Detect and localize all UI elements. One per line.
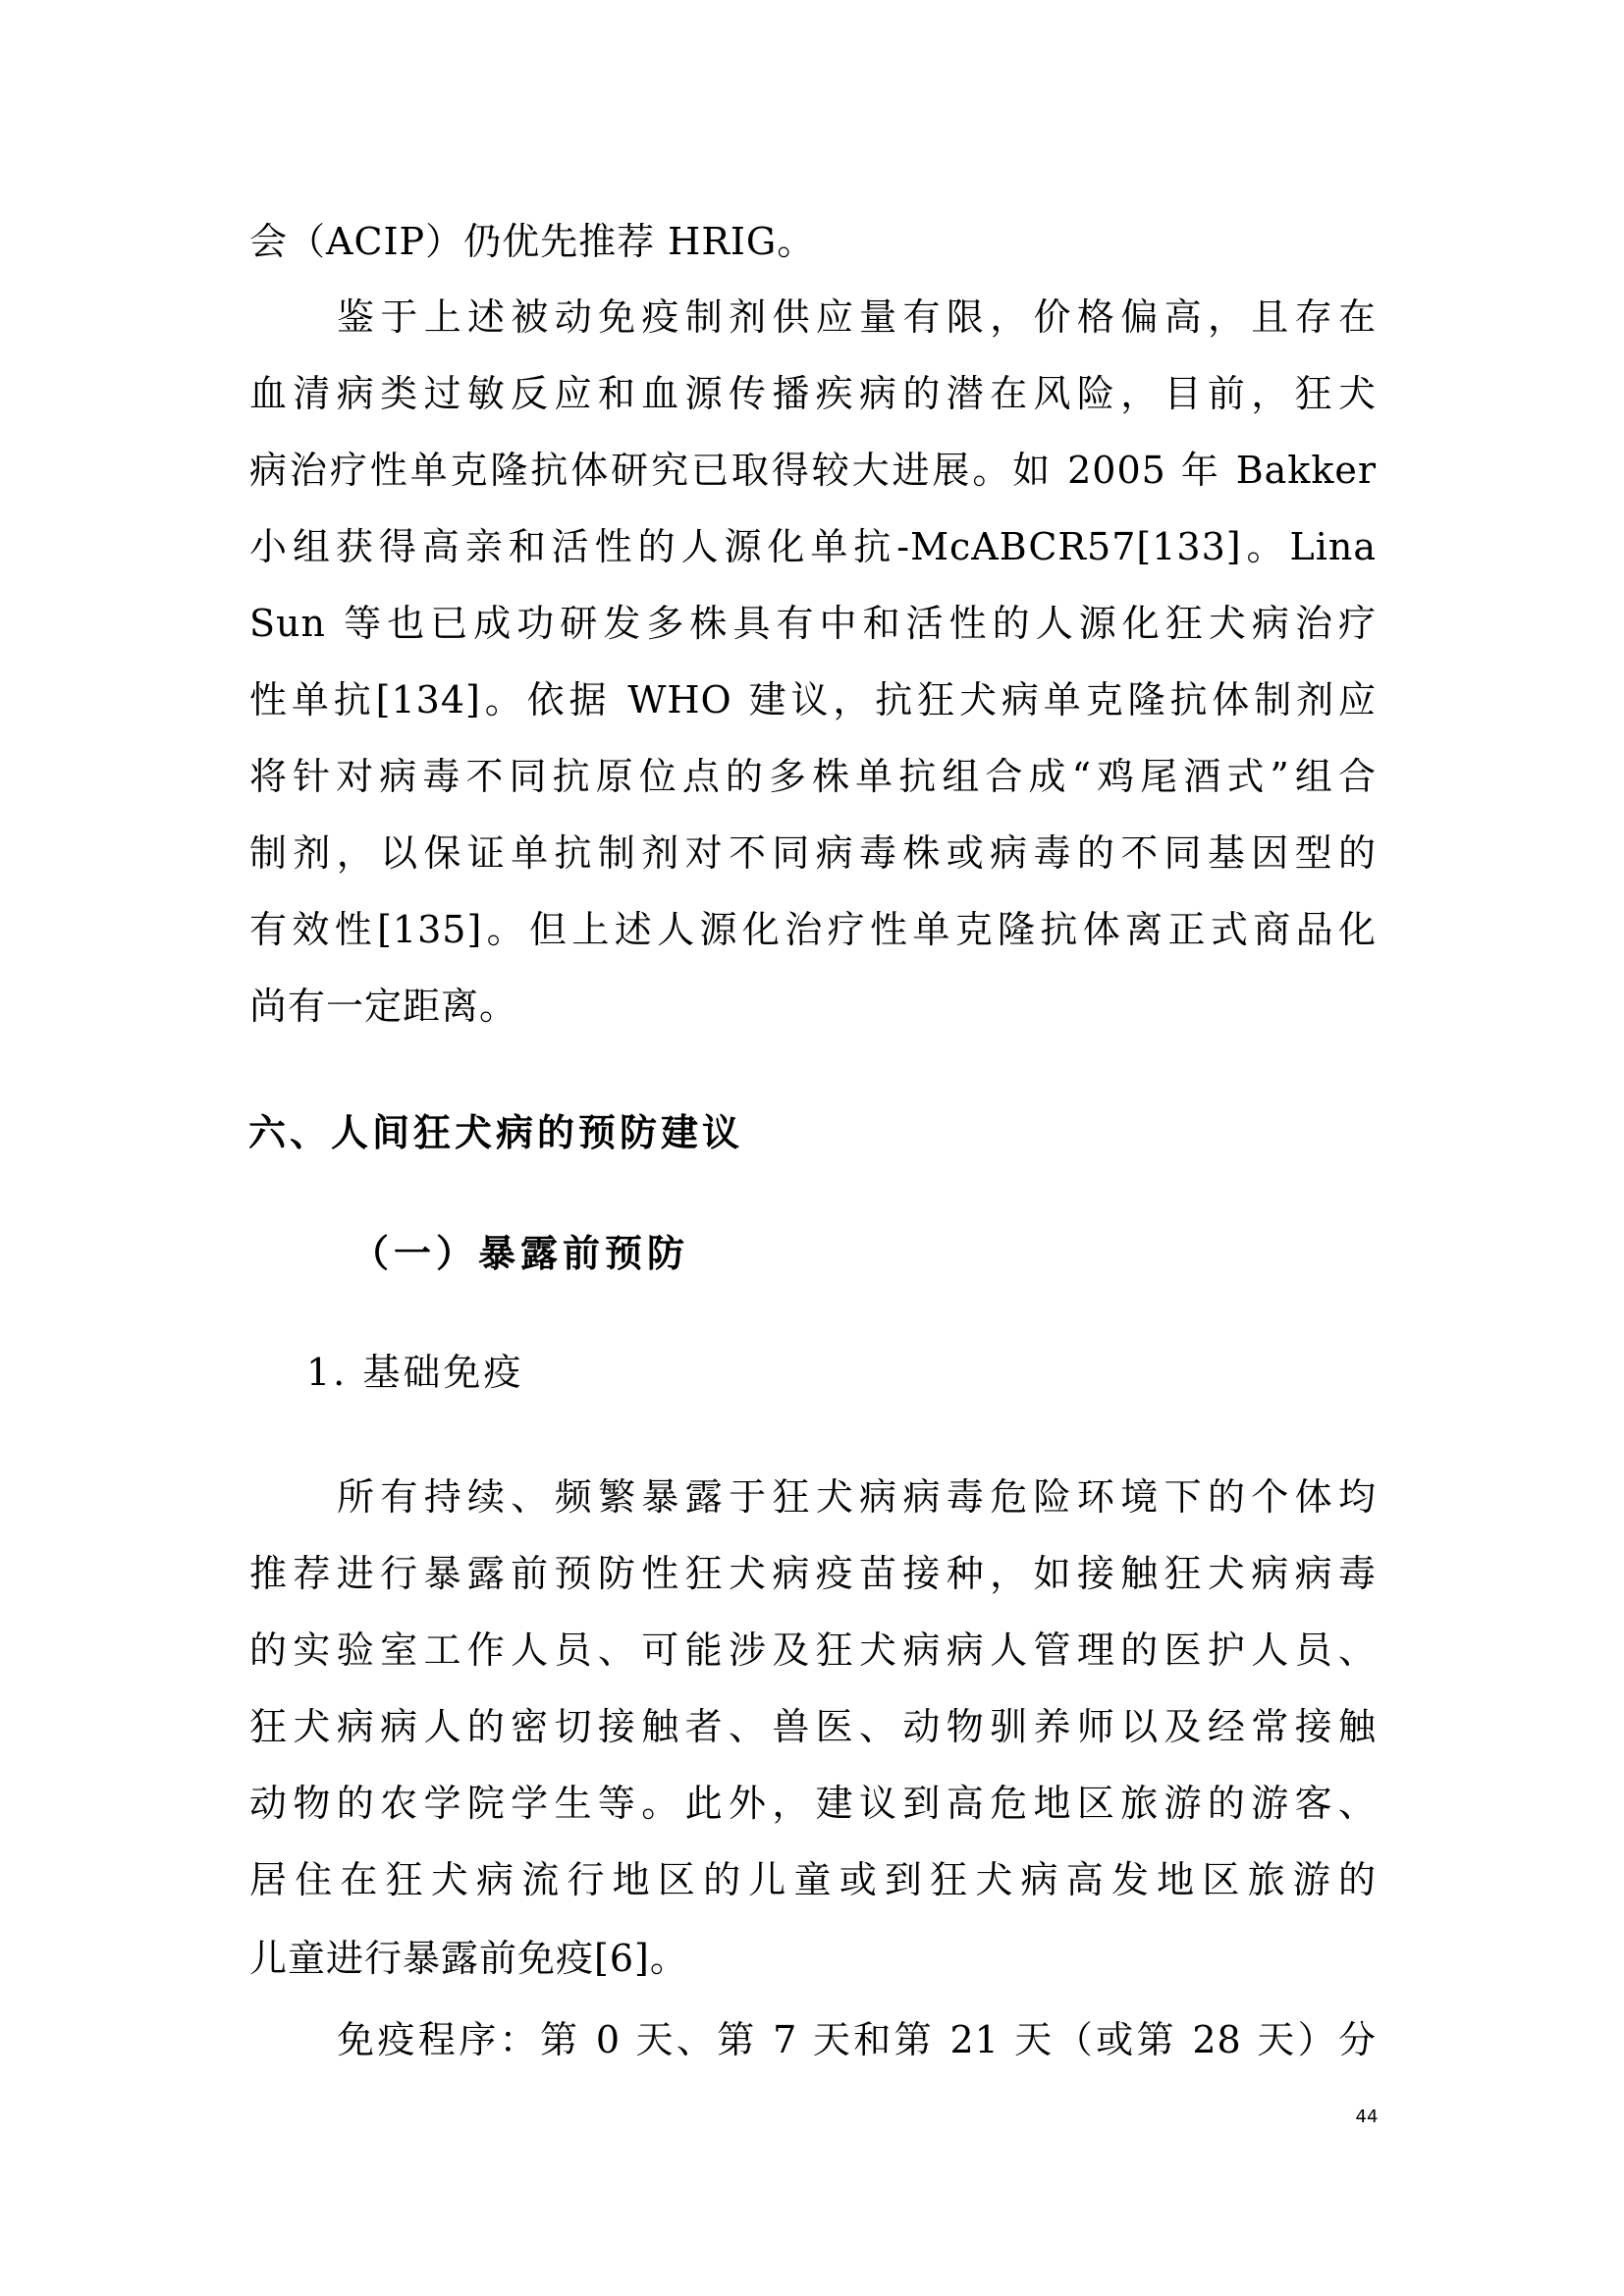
- paragraph-line: 居住在狂犬病流行地区的儿童或到狂犬病高发地区旅游的: [249, 1852, 1377, 1907]
- page-number: 44: [1347, 2104, 1386, 2131]
- paragraph-line: 鉴于上述被动免疫制剂供应量有限，价格偏高，且存在: [337, 290, 1377, 345]
- paragraph-line: 的实验室工作人员、可能涉及狂犬病病人管理的医护人员、: [249, 1623, 1377, 1678]
- paragraph-line: 儿童进行暴露前免疫[6]。: [249, 1931, 1377, 1986]
- subsection-heading: （一）暴露前预防: [352, 1226, 689, 1281]
- paragraph-line: 病治疗性单克隆抗体研究已取得较大进展。如 2005 年 Bakker: [249, 443, 1377, 498]
- sub-subsection-heading: 1. 基础免疫: [306, 1345, 523, 1400]
- paragraph-line: 性单抗[134]。依据 WHO 建议，抗狂犬病单克隆抗体制剂应: [249, 672, 1377, 727]
- paragraph-line: 动物的农学院学生等。此外，建议到高危地区旅游的游客、: [249, 1776, 1377, 1831]
- paragraph-line: 狂犬病病人的密切接触者、兽医、动物驯养师以及经常接触: [249, 1699, 1377, 1754]
- paragraph-line: Sun 等也已成功研发多株具有中和活性的人源化狂犬病治疗: [249, 596, 1377, 651]
- paragraph-line: 小组获得高亲和活性的人源化单抗-McABCR57[133]。Lina: [249, 519, 1377, 574]
- paragraph-line: 有效性[135]。但上述人源化治疗性单克隆抗体离正式商品化: [249, 902, 1377, 957]
- document-page: 会（ACIP）仍优先推荐 HRIG。 鉴于上述被动免疫制剂供应量有限，价格偏高，…: [0, 0, 1624, 2296]
- paragraph-line: 推荐进行暴露前预防性狂犬病疫苗接种，如接触狂犬病病毒: [249, 1546, 1377, 1601]
- paragraph-line: 会（ACIP）仍优先推荐 HRIG。: [249, 214, 1377, 269]
- paragraph-line: 所有持续、频繁暴露于狂犬病病毒危险环境下的个体均: [337, 1469, 1377, 1524]
- paragraph-line: 免疫程序：第 0 天、第 7 天和第 21 天（或第 28 天）分: [337, 2012, 1377, 2067]
- paragraph-line: 将针对病毒不同抗原位点的多株单抗组合成“鸡尾酒式”组合: [249, 749, 1377, 804]
- paragraph-line: 血清病类过敏反应和血源传播疾病的潜在风险，目前，狂犬: [249, 366, 1377, 421]
- paragraph-line: 制剂，以保证单抗制剂对不同病毒株或病毒的不同基因型的: [249, 826, 1377, 881]
- paragraph-line: 尚有一定距离。: [249, 979, 1377, 1034]
- section-heading: 六、人间狂犬病的预防建议: [248, 1105, 743, 1160]
